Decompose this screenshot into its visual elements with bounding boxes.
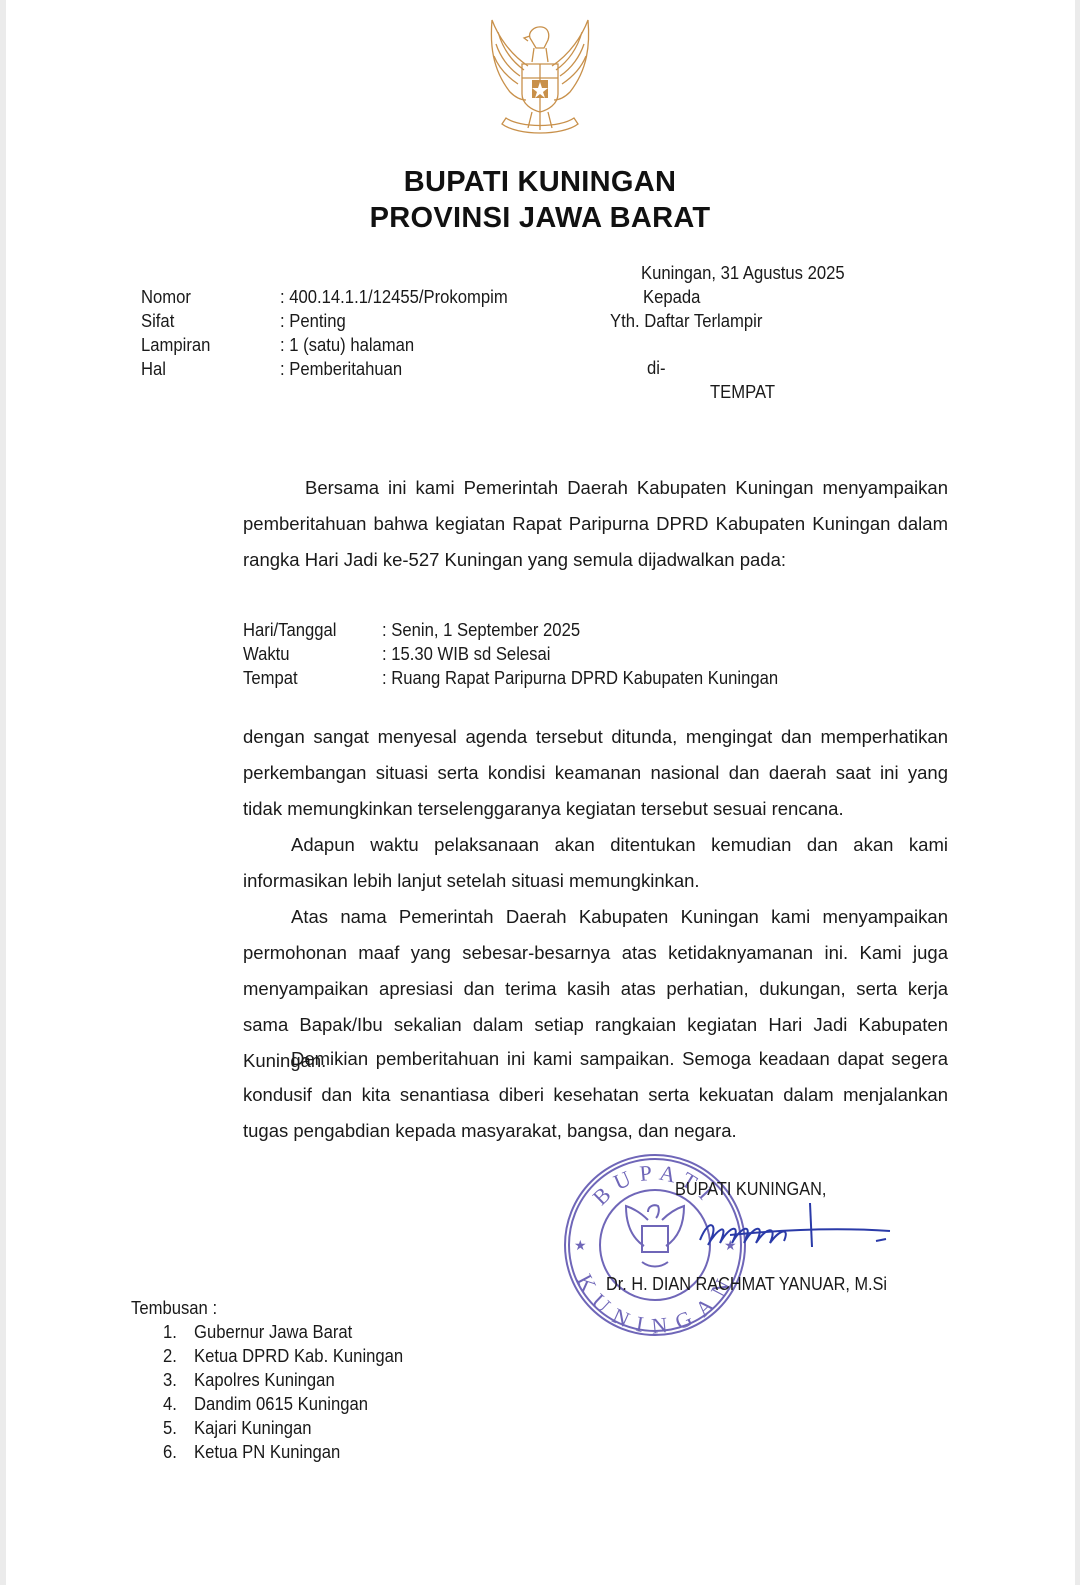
cc-item-1: Gubernur Jawa Barat xyxy=(194,1321,352,1343)
recipient-kepada: Kepada xyxy=(643,286,700,308)
cc-num-2: 2. xyxy=(163,1345,177,1367)
recipient-yth: Yth. Daftar Terlampir xyxy=(610,310,762,332)
meta-label-sifat: Sifat xyxy=(141,310,174,332)
body-paragraph-1: Bersama ini kami Pemerintah Daerah Kabup… xyxy=(243,470,948,578)
meta-label-nomor: Nomor xyxy=(141,286,191,308)
cc-label: Tembusan : xyxy=(131,1297,217,1319)
schedule-value-date: : Senin, 1 September 2025 xyxy=(382,619,580,641)
cc-item-5: Kajari Kuningan xyxy=(194,1417,312,1439)
recipient-di: di- xyxy=(647,357,666,379)
meta-label-hal: Hal xyxy=(141,358,166,380)
svg-text:★: ★ xyxy=(574,1237,587,1253)
body-paragraph-5: Demikian pemberitahuan ini kami sampaika… xyxy=(243,1041,948,1149)
schedule-label-place: Tempat xyxy=(243,667,298,689)
cc-num-4: 4. xyxy=(163,1393,177,1415)
signatory-name: Dr. H. DIAN RACHMAT YANUAR, M.Si xyxy=(606,1273,887,1295)
handwritten-signature-icon xyxy=(690,1195,900,1265)
meta-value-nomor: : 400.14.1.1/12455/Prokompim xyxy=(280,286,508,308)
cc-item-3: Kapolres Kuningan xyxy=(194,1369,335,1391)
page-edge-left xyxy=(0,0,6,1585)
page-edge-right xyxy=(1075,0,1080,1585)
schedule-label-date: Hari/Tanggal xyxy=(243,619,336,641)
schedule-label-time: Waktu xyxy=(243,643,290,665)
meta-value-hal: : Pemberitahuan xyxy=(280,358,402,380)
cc-num-1: 1. xyxy=(163,1321,177,1343)
cc-item-4: Dandim 0615 Kuningan xyxy=(194,1393,368,1415)
meta-value-sifat: : Penting xyxy=(280,310,346,332)
meta-value-lampiran: : 1 (satu) halaman xyxy=(280,334,414,356)
body-paragraph-2: dengan sangat menyesal agenda tersebut d… xyxy=(243,719,948,827)
schedule-value-time: : 15.30 WIB sd Selesai xyxy=(382,643,550,665)
cc-num-6: 6. xyxy=(163,1441,177,1463)
letterhead-title: BUPATI KUNINGAN xyxy=(0,166,1080,199)
place-date: Kuningan, 31 Agustus 2025 xyxy=(641,262,845,284)
garuda-emblem-icon xyxy=(470,14,610,144)
cc-item-6: Ketua PN Kuningan xyxy=(194,1441,340,1463)
cc-num-5: 5. xyxy=(163,1417,177,1439)
recipient-tempat: TEMPAT xyxy=(710,381,775,403)
schedule-value-place: : Ruang Rapat Paripurna DPRD Kabupaten K… xyxy=(382,667,778,689)
cc-num-3: 3. xyxy=(163,1369,177,1391)
meta-label-lampiran: Lampiran xyxy=(141,334,210,356)
body-paragraph-3: Adapun waktu pelaksanaan akan ditentukan… xyxy=(243,827,948,899)
cc-item-2: Ketua DPRD Kab. Kuningan xyxy=(194,1345,403,1367)
letterhead-subtitle: PROVINSI JAWA BARAT xyxy=(0,202,1080,235)
